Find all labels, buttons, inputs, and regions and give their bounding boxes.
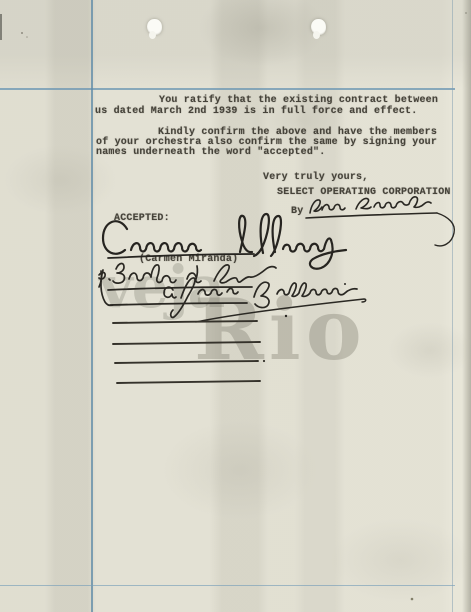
blank-signature-lines (113, 321, 265, 383)
blank-signature-line-2 (113, 342, 260, 344)
handwriting-layer (0, 0, 471, 612)
signature-aloysio-de-oliveira (110, 278, 366, 322)
blank-signature-line-1 (113, 321, 257, 323)
blank-signature-line-3 (115, 361, 258, 363)
scan-specks (0, 12, 467, 600)
signature-carmen-miranda (103, 214, 346, 269)
blank-signature-line-4 (117, 381, 260, 383)
scanned-letter-page: veja Rio You ratify that the existing co… (0, 0, 471, 612)
